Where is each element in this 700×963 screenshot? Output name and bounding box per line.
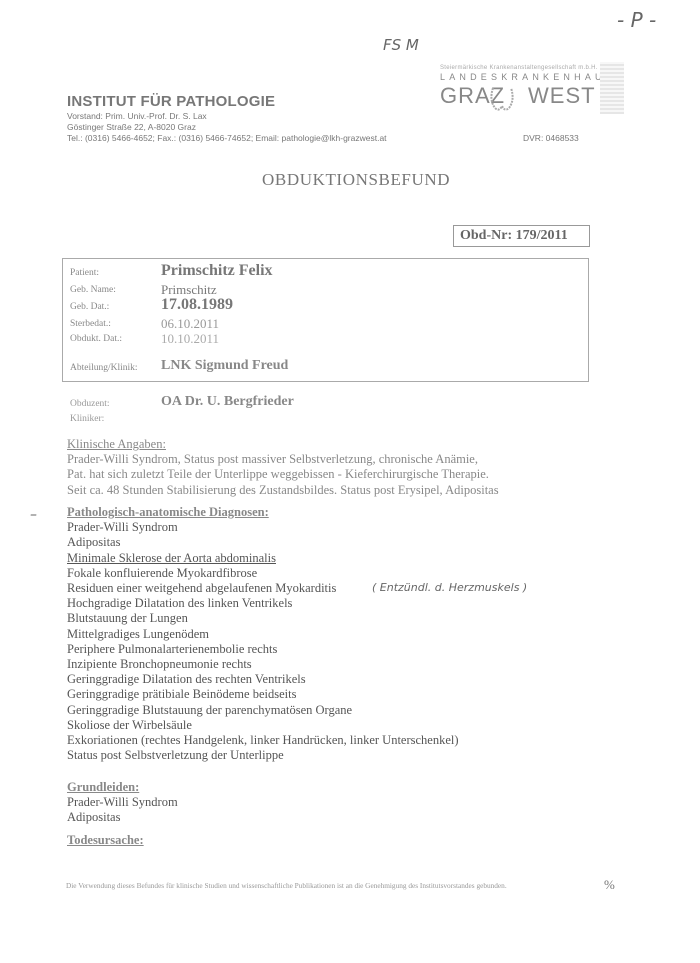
diagnosis-item: Inzipiente Bronchopneumonie rechts [67,657,459,672]
death-date-label: Sterbedat.: [70,319,111,329]
handwritten-note: ( Entzündl. d. Herzmuskels ) [372,581,527,594]
birth-name-label: Geb. Name: [70,285,116,295]
diagnosis-item: Geringgradige Blutstauung der parenchyma… [67,703,459,718]
institute-name: INSTITUT FÜR PATHOLOGIE [67,93,275,110]
logo-lkh: LANDESKRANKENHAUS [440,72,616,82]
clinical-info-line: Prader-Willi Syndrom, Status post massiv… [67,452,499,467]
clinical-info-line: Seit ca. 48 Stunden Stabilisierung des Z… [67,483,499,498]
pathologist: OA Dr. U. Bergfrieder [161,394,294,410]
diagnosis-item: Periphere Pulmonalarterienembolie rechts [67,642,459,657]
birth-date-label: Geb. Dat.: [70,302,109,312]
obd-number: Obd-Nr: 179/2011 [460,228,568,244]
diagnosis-item: Exkoriationen (rechtes Handgelenk, linke… [67,733,459,748]
footer-mark: % [604,877,615,893]
handwritten-page-mark: - P - [617,8,656,32]
clinician-label: Kliniker: [70,414,104,424]
cause-of-death-section: Todesursache: [67,833,144,848]
diagnoses-section: Pathologisch-anatomische Diagnosen: Prad… [67,505,459,763]
department: LNK Sigmund Freud [161,358,288,374]
autopsy-date: 10.10.2011 [161,331,219,347]
underlying-disease-item: Adipositas [67,810,178,825]
birth-date: 17.08.1989 [161,296,233,314]
institute-head: Vorstand: Prim. Univ.-Prof. Dr. S. Lax [67,111,207,121]
handwritten-initials: FS M [383,36,419,54]
institute-address: Göstinger Straße 22, A-8020 Graz [67,122,196,132]
cause-of-death-heading: Todesursache: [67,833,144,848]
crest-icon [600,62,624,114]
diagnoses-heading: Pathologisch-anatomische Diagnosen: [67,505,459,520]
diagnosis-item: Hochgradige Dilatation des linken Ventri… [67,596,459,611]
diagnosis-item: Blutstauung der Lungen [67,611,459,626]
department-label: Abteilung/Klinik: [70,363,138,373]
underlying-disease-heading: Grundleiden: [67,780,178,795]
underlying-disease-section: Grundleiden: Prader-Willi Syndrom Adipos… [67,780,178,826]
document-title: OBDUKTIONSBEFUND [262,170,450,190]
diagnosis-item: Fokale konfluierende Myokardfibrose [67,566,459,581]
handwritten-dash: – [30,507,37,523]
pathologist-label: Obduzent: [70,399,110,409]
diagnoses-list: Prader-Willi SyndromAdipositasMinimale S… [67,520,459,763]
diagnosis-item: Prader-Willi Syndrom [67,520,459,535]
dvr-number: DVR: 0468533 [523,133,579,143]
logo-west: WEST [528,83,596,109]
diagnosis-item: Geringgradige Dilatation des rechten Ven… [67,672,459,687]
clinical-info-section: Klinische Angaben: Prader-Willi Syndrom,… [67,437,499,498]
institute-contact: Tel.: (0316) 5466-4652; Fax.: (0316) 546… [67,133,387,143]
clinical-info-heading: Klinische Angaben: [67,437,499,452]
logo-tagline: Steiermärkische Krankenanstaltengesellsc… [440,65,598,71]
diagnosis-item: Geringgradige prätibiale Beinödeme beids… [67,687,459,702]
patient-name: Primschitz Felix [161,262,273,280]
diagnosis-item: Minimale Sklerose der Aorta abdominalis [67,551,459,566]
death-date: 06.10.2011 [161,316,219,332]
patient-label: Patient: [70,268,99,278]
underlying-disease-item: Prader-Willi Syndrom [67,795,178,810]
diagnosis-item: Mittelgradiges Lungenödem [67,627,459,642]
diagnosis-item: Status post Selbstverletzung der Unterli… [67,748,459,763]
clinical-info-line: Pat. hat sich zuletzt Teile der Unterlip… [67,467,499,482]
diagnosis-item: Adipositas [67,535,459,550]
diagnosis-item: Skoliose der Wirbelsäule [67,718,459,733]
patient-info-box [62,258,589,382]
hospital-emblem-icon [487,84,517,114]
autopsy-date-label: Obdukt. Dat.: [70,334,122,344]
footer-disclaimer: Die Verwendung dieses Befundes für klini… [66,881,507,890]
